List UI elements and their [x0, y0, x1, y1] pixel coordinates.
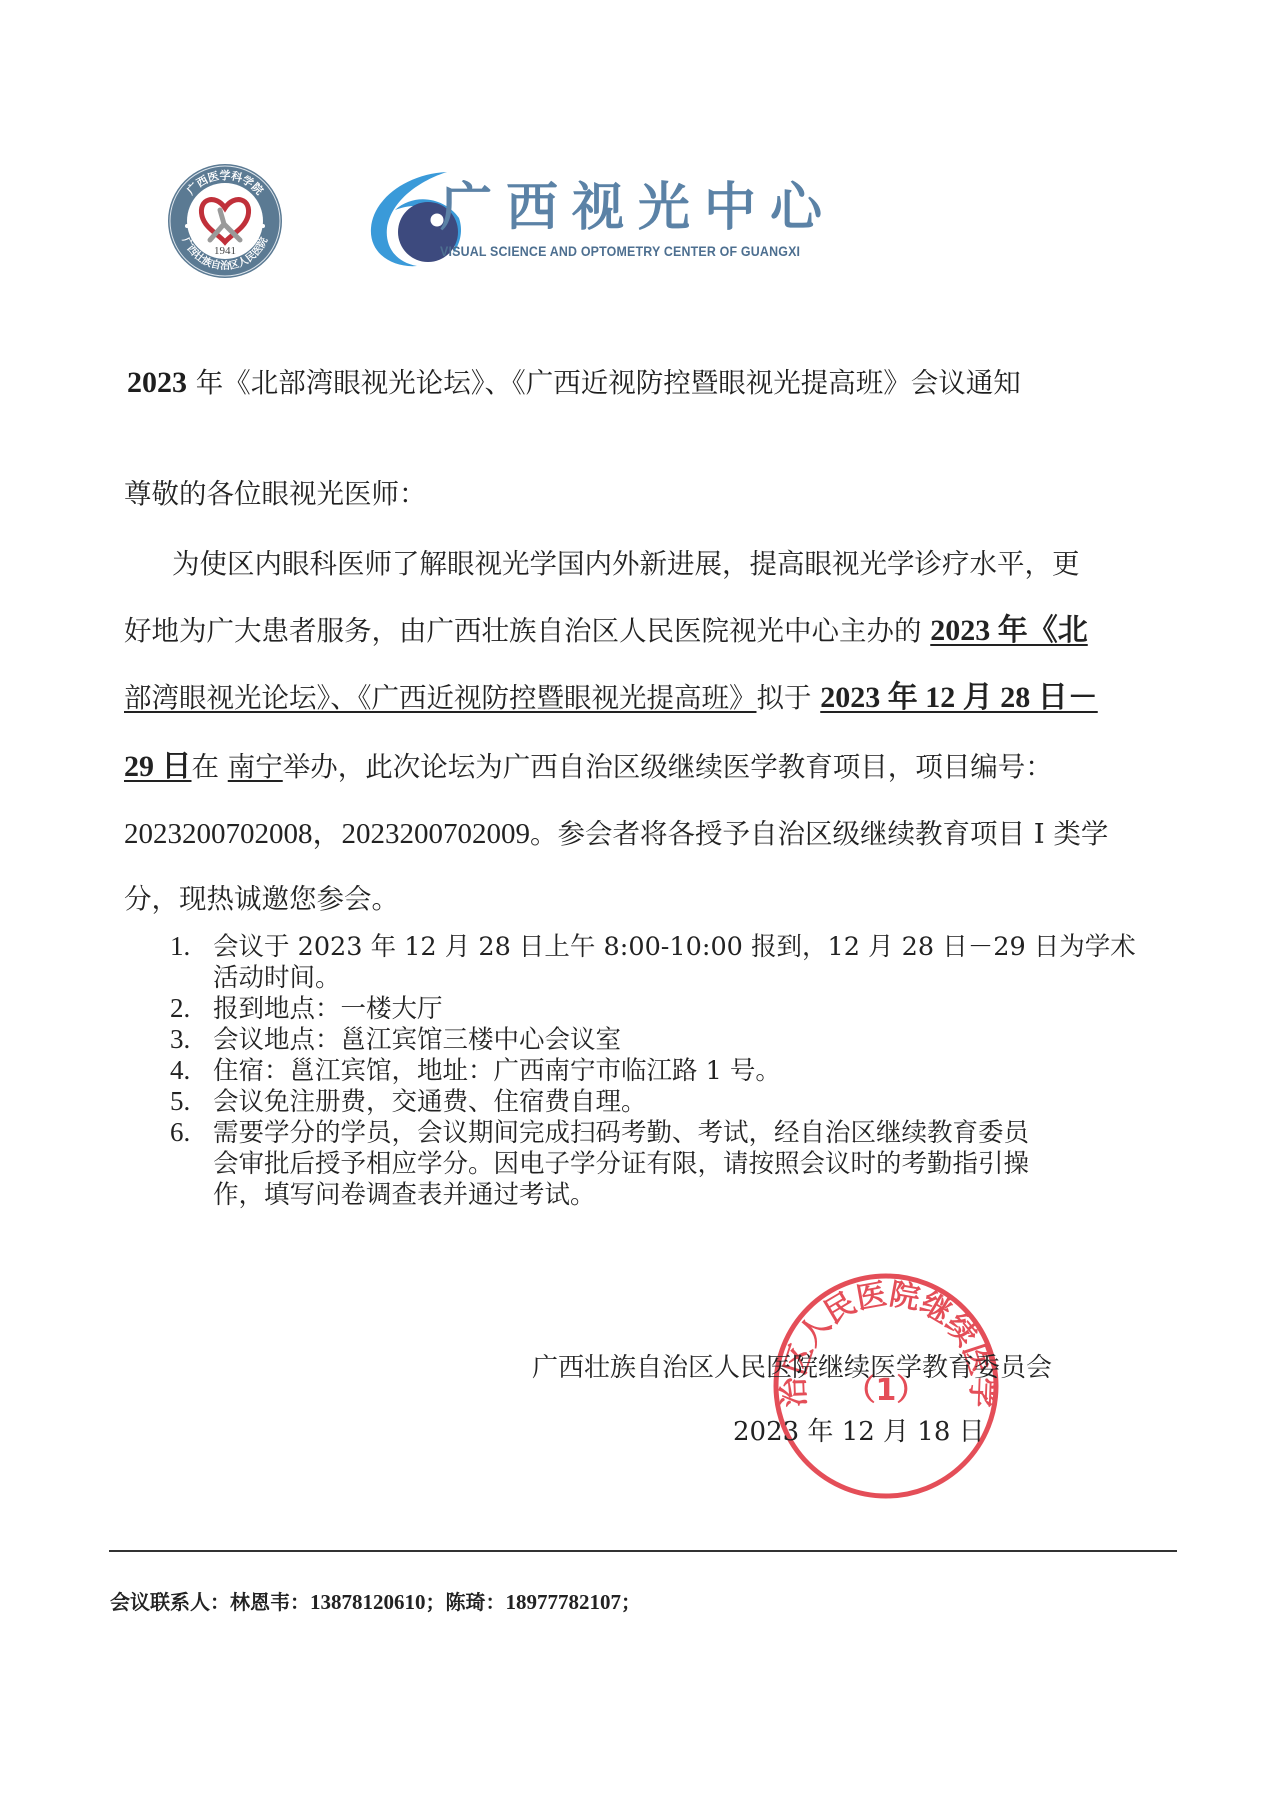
contact-name: 陈琦： [446, 1590, 506, 1614]
event-name-underlined: 2023 年《北 [930, 614, 1088, 647]
contact-name: 林恩韦： [230, 1590, 310, 1614]
list-item: 6.需要学分的学员，会议期间完成扫码考勤、考试，经自治区继续教育委员 会审批后授… [170, 1117, 1029, 1211]
paragraph-line-3: 部湾眼视光论坛》、《广西近视防控暨眼视光提高班》拟于 2023 年 12 月 2… [124, 678, 1098, 718]
project-numbers: 2023200702008，2023200702009 [124, 818, 530, 850]
title-year: 2023 [127, 366, 187, 399]
list-item: 4.住宿：邕江宾馆，地址：广西南宁市临江路 1 号。 [170, 1055, 781, 1087]
paragraph-line-2: 好地为广大患者服务，由广西壮族自治区人民医院视光中心主办的 2023 年《北 [124, 611, 1088, 651]
list-item: 5.会议免注册费，交通费、住宿费自理。 [170, 1086, 647, 1118]
greeting: 尊敬的各位眼视光医师： [124, 474, 427, 514]
list-item: 3.会议地点：邕江宾馆三楼中心会议室 [170, 1024, 621, 1056]
contact-line: 会议联系人：林恩韦：13878120610；陈琦：18977782107； [110, 1588, 641, 1616]
paragraph-line-4: 29 日在 南宁举办，此次论坛为广西自治区级继续医学教育项目，项目编号： [124, 747, 1053, 787]
brand-name-cn: 广西视光中心 [440, 178, 836, 238]
list-item: 2.报到地点：一楼大厅 [170, 993, 443, 1025]
contact-label: 会议联系人： [110, 1590, 230, 1614]
event-name-underlined: 部湾眼视光论坛》、《广西近视防控暨眼视光提高班》 [124, 682, 757, 714]
list-item: 1.会议于 2023 年 12 月 28 日上午 8:00-10:00 报到，1… [170, 931, 1136, 994]
signature-date: 2023 年 12 月 18 日 [733, 1414, 985, 1450]
paragraph-line-6: 分，现热诚邀您参会。 [124, 879, 399, 919]
event-location-underlined: 南宁 [228, 751, 283, 783]
brand-name-en: VISUAL SCIENCE AND OPTOMETRY CENTER OF G… [440, 244, 800, 259]
footer-divider [109, 1550, 1177, 1552]
title-text: 年《北部湾眼视光论坛》、《广西近视防控暨眼视光提高班》会议通知 [187, 367, 1021, 399]
event-date-underlined: 2023 年 12 月 28 日－ [820, 681, 1098, 714]
seal-year: 1941 [214, 245, 236, 257]
paragraph-line-5: 2023200702008，2023200702009。参会者将各授予自治区级继… [124, 814, 1108, 854]
hospital-seal-logo: 广西医学科学院 广西壮族自治区人民医院 1941 [166, 162, 284, 280]
signature-organization: 广西壮族自治区人民医院继续医学教育委员会 [532, 1350, 1052, 1386]
official-red-stamp: 广西壮族自治区人民医院继续医学教育委员会 （1） [770, 1270, 1002, 1502]
contact-phone: 13878120610 [310, 1590, 426, 1614]
document-title: 2023 年《北部湾眼视光论坛》、《广西近视防控暨眼视光提高班》会议通知 [127, 364, 1187, 402]
event-date-underlined: 29 日 [124, 750, 192, 783]
contact-phone: 18977782107 [506, 1590, 622, 1614]
paragraph-line-1: 为使区内眼科医师了解眼视光学国内外新进展，提高眼视光学诊疗水平，更 [172, 544, 1080, 584]
